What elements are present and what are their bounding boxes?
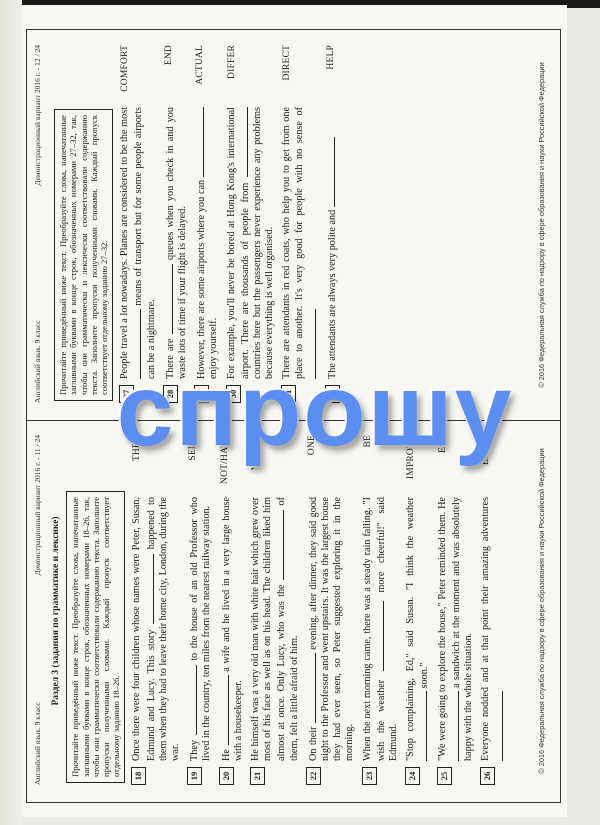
keyword-label: ONE bbox=[306, 431, 318, 497]
keyword-label: DIRECT bbox=[281, 41, 293, 107]
task-text: For example, you'll never be bored at Ho… bbox=[226, 107, 277, 379]
instruction-box: Прочитайте приведённый ниже текст. Преоб… bbox=[66, 491, 125, 783]
task-item: 21He himself was a very old man with whi… bbox=[250, 431, 301, 791]
task-item: 19They to the house of an old Professor … bbox=[187, 431, 213, 791]
task-number-box: 28 bbox=[163, 385, 178, 403]
task-item: 20He a wife and he lived in a very large… bbox=[219, 431, 245, 791]
task-text: The attendants are always very polite an… bbox=[325, 107, 339, 379]
task-item: 26Everyone nodded and at that point thei… bbox=[480, 431, 506, 791]
keyword-label: BE bbox=[362, 431, 374, 497]
task-text: Once there were four children whose name… bbox=[131, 497, 182, 761]
task-list: 18Once there were four children whose na… bbox=[131, 431, 506, 791]
task-item: 24"Stop complaining, Ed," said Susan. "I… bbox=[405, 431, 431, 791]
keyword-label: NOT/HAVE bbox=[219, 431, 231, 497]
copyright-footer: © 2016 Федеральная служба по надзору в с… bbox=[536, 431, 548, 791]
answer-blank[interactable] bbox=[163, 264, 173, 334]
task-text: He a wife and he lived in a very large h… bbox=[219, 497, 245, 761]
answer-blank[interactable] bbox=[417, 691, 427, 761]
answer-blank[interactable] bbox=[374, 601, 384, 671]
task-item: 32The attendants are always very polite … bbox=[325, 41, 340, 409]
task-text: There are queues when you check in and y… bbox=[163, 107, 189, 379]
keyword-label: COMFORT bbox=[119, 41, 131, 107]
keyword-label: END bbox=[163, 41, 175, 107]
keyword-label: YOUNG bbox=[250, 431, 262, 497]
task-text: Everyone nodded and at that point their … bbox=[480, 497, 506, 761]
task-number-box: 18 bbox=[131, 767, 146, 785]
answer-blank[interactable] bbox=[187, 665, 197, 735]
task-number-box: 30 bbox=[226, 385, 241, 403]
answer-blank[interactable] bbox=[325, 137, 335, 207]
right-page: Английский язык. 9 класс Демонстрационны… bbox=[26, 41, 556, 409]
answer-blank[interactable] bbox=[493, 691, 503, 761]
answer-blank[interactable] bbox=[238, 107, 248, 177]
section-title: Раздел 3 (задания по грамматике и лексик… bbox=[50, 431, 62, 791]
answer-blank[interactable] bbox=[194, 107, 204, 177]
task-item: 31There are attendants in red coats, who… bbox=[281, 41, 320, 409]
answer-blank[interactable] bbox=[144, 554, 154, 624]
right-page-header: Английский язык. 9 класс Демонстрационны… bbox=[32, 45, 44, 403]
task-item: 28There are queues when you check in and… bbox=[163, 41, 189, 409]
task-list: 27People travel a lot nowadays. Planes a… bbox=[119, 41, 340, 409]
task-number-box: 19 bbox=[187, 767, 202, 785]
task-item: 18Once there were four children whose na… bbox=[131, 431, 182, 791]
instruction-box: Прочитайте приведённый ниже текст. Преоб… bbox=[54, 109, 113, 401]
task-item: 22On their evening, after dinner, they s… bbox=[306, 431, 357, 791]
task-number-box: 24 bbox=[405, 767, 420, 785]
task-text: When the next morning came, there was a … bbox=[362, 497, 401, 761]
task-number-box: 25 bbox=[437, 767, 452, 785]
task-number-box: 20 bbox=[219, 767, 234, 785]
task-item: 23When the next morning came, there was … bbox=[362, 431, 401, 791]
task-number-box: 22 bbox=[306, 767, 321, 785]
subject-label: Английский язык. 9 класс bbox=[32, 320, 44, 403]
task-text: People travel a lot nowadays. Planes are… bbox=[119, 107, 158, 379]
task-number-box: 31 bbox=[281, 385, 296, 403]
answer-blank[interactable] bbox=[219, 675, 229, 745]
task-text: On their evening, after dinner, they sai… bbox=[306, 497, 357, 761]
subject-label: Английский язык. 9 класс bbox=[32, 702, 44, 785]
keyword-label: HELP bbox=[325, 41, 337, 107]
task-text: However, there are some airports where y… bbox=[194, 107, 220, 379]
task-number-box: 29 bbox=[194, 385, 209, 403]
keyword-label: THEY bbox=[131, 431, 143, 497]
task-number-box: 26 bbox=[480, 767, 495, 785]
copyright-footer: © 2016 Федеральная служба по надзору в с… bbox=[536, 41, 548, 409]
task-text: "Stop complaining, Ed," said Susan. "I t… bbox=[405, 497, 431, 761]
variant-label: Демонстрационный вариант 2016 г. - 11 / … bbox=[32, 435, 44, 575]
keyword-label: DIFFER bbox=[226, 41, 238, 107]
left-page: Английский язык. 9 класс Демонстрационны… bbox=[26, 431, 556, 791]
answer-blank[interactable] bbox=[274, 510, 284, 580]
keyword-label: EAT bbox=[437, 431, 449, 497]
answer-blank[interactable] bbox=[449, 691, 459, 761]
task-text: He himself was a very old man with white… bbox=[250, 497, 301, 761]
task-text: "We were going to explore the house," Pe… bbox=[437, 497, 476, 761]
answer-blank[interactable] bbox=[306, 309, 316, 379]
task-item: 30For example, you'll never be bored at … bbox=[226, 41, 277, 409]
task-item: 25"We were going to explore the house," … bbox=[437, 431, 476, 791]
answer-blank[interactable] bbox=[131, 309, 141, 379]
task-item: 29However, there are some airports where… bbox=[194, 41, 220, 409]
keyword-label: BEGIN bbox=[480, 431, 492, 497]
task-number-box: 23 bbox=[362, 767, 377, 785]
keyword-label: ACTUAL bbox=[194, 41, 206, 107]
task-number-box: 21 bbox=[250, 767, 265, 785]
keyword-label: IMPROVE bbox=[405, 431, 417, 497]
answer-blank[interactable] bbox=[306, 653, 316, 723]
task-text: They to the house of an old Professor wh… bbox=[187, 497, 213, 761]
task-text: There are attendants in red coats, who h… bbox=[281, 107, 320, 379]
rotated-document-stage: Английский язык. 9 класс Демонстрационны… bbox=[0, 0, 600, 825]
keyword-label: SEND bbox=[187, 431, 199, 497]
task-number-box: 27 bbox=[119, 385, 134, 403]
left-page-header: Английский язык. 9 класс Демонстрационны… bbox=[32, 435, 44, 785]
task-number-box: 32 bbox=[325, 385, 340, 403]
variant-label: Демонстрационный вариант 2016 г. - 12 / … bbox=[32, 45, 44, 186]
task-item: 27People travel a lot nowadays. Planes a… bbox=[119, 41, 158, 409]
